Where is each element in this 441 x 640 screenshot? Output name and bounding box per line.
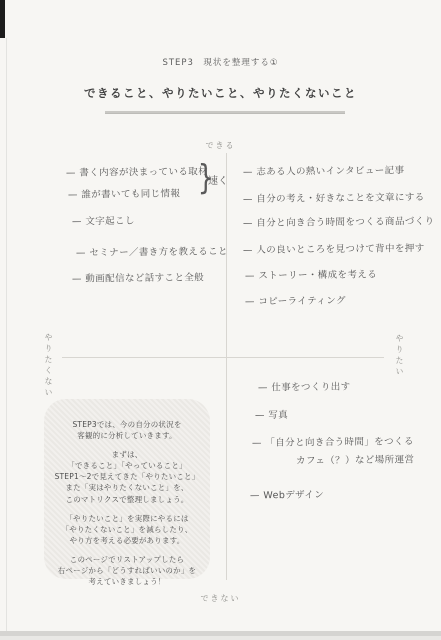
step-label: STEP3 現状を整理する① — [0, 56, 441, 68]
handwritten-item: — 誰が書いても同じ情報 — [68, 185, 180, 200]
handwritten-item: — 「自分と向き合う時間」をつくる — [252, 433, 414, 449]
handwritten-item: — ストーリー・構成を考える — [245, 266, 377, 281]
instruction-paragraph: STEP3では、今の自分の状況を 客観的に分析していきます。 — [52, 419, 202, 441]
scan-left-edge-line — [6, 38, 7, 640]
instruction-line: 「できること」「やっていること」 — [52, 460, 202, 471]
page-title: できること、やりたいこと、やりたくないこと — [0, 85, 441, 101]
axis-label-want: やりたい — [394, 334, 405, 378]
handwritten-brace-note: 速く — [208, 172, 228, 187]
instruction-line: 右ページから「どうすればいいのか」を — [52, 565, 202, 576]
instruction-line: STEP1〜2で見えてきた「やりたいこと」 — [52, 471, 202, 482]
instruction-line: やり方を考える必要があります。 — [52, 535, 202, 546]
instruction-line: 考えていきましょう！ — [52, 576, 202, 587]
instruction-paragraph: このページでリストアップしたら 右ページから「どうすればいいのか」を 考えていき… — [52, 554, 202, 587]
instruction-line: STEP3では、今の自分の状況を — [52, 419, 202, 430]
handwritten-item: — Webデザイン — [250, 487, 324, 502]
matrix-horizontal-axis — [62, 357, 384, 358]
handwritten-item: — 文字起こし — [72, 213, 135, 228]
instruction-line: このマトリクスで整理しましょう。 — [52, 494, 202, 505]
handwritten-item: — 動画配信など話すこと全般 — [72, 269, 204, 284]
axis-label-can: できる — [0, 140, 441, 151]
axis-label-cannot: できない — [0, 593, 441, 604]
handwritten-item: — 仕事をつくり出す — [258, 379, 351, 394]
instruction-line: 「やりたくないこと」を減らしたり、 — [52, 524, 202, 535]
handwritten-item: — 自分と向き合う時間をつくる商品づくり — [243, 213, 435, 229]
scan-edge-mark — [0, 0, 5, 38]
instruction-paragraph: まずは、 「できること」「やっていること」 STEP1〜2で見えてきた「やりたい… — [52, 449, 202, 504]
handwritten-item: — コピーライティング — [245, 292, 346, 307]
instruction-line: まずは、 — [52, 449, 202, 460]
instruction-box: STEP3では、今の自分の状況を 客観的に分析していきます。 まずは、 「できる… — [44, 399, 210, 579]
handwritten-item-continuation: カフェ（？）など場所運営 — [296, 451, 414, 466]
handwritten-item: — 書く内容が決まっている取材 — [66, 163, 208, 178]
instruction-line: このページでリストアップしたら — [52, 554, 202, 565]
handwritten-item: — セミナー／書き方を教えること — [76, 243, 228, 259]
instruction-line: 「やりたいこと」を実際にやるには — [52, 513, 202, 524]
instruction-line: 客観的に分析していきます。 — [52, 430, 202, 441]
scan-bottom-edge-light — [0, 636, 441, 640]
title-underline — [105, 111, 345, 114]
handwritten-item: — 自分の考え・好きなことを文章にする — [243, 189, 425, 205]
matrix-vertical-axis — [226, 153, 227, 580]
instruction-paragraph: 「やりたいこと」を実際にやるには 「やりたくないこと」を減らしたり、 やり方を考… — [52, 513, 202, 546]
axis-label-dont-want: やりたくない — [43, 333, 54, 399]
handwritten-item: — 人の良いところを見つけて背中を押す — [243, 240, 425, 256]
instruction-line: また「実はやりたくないこと」を、 — [52, 482, 202, 493]
scanned-workbook-page: STEP3 現状を整理する① できること、やりたいこと、やりたくないこと できる… — [0, 0, 441, 640]
handwritten-item: — 写真 — [255, 407, 288, 421]
handwritten-item: — 志ある人の熱いインタビュー記事 — [243, 162, 405, 178]
